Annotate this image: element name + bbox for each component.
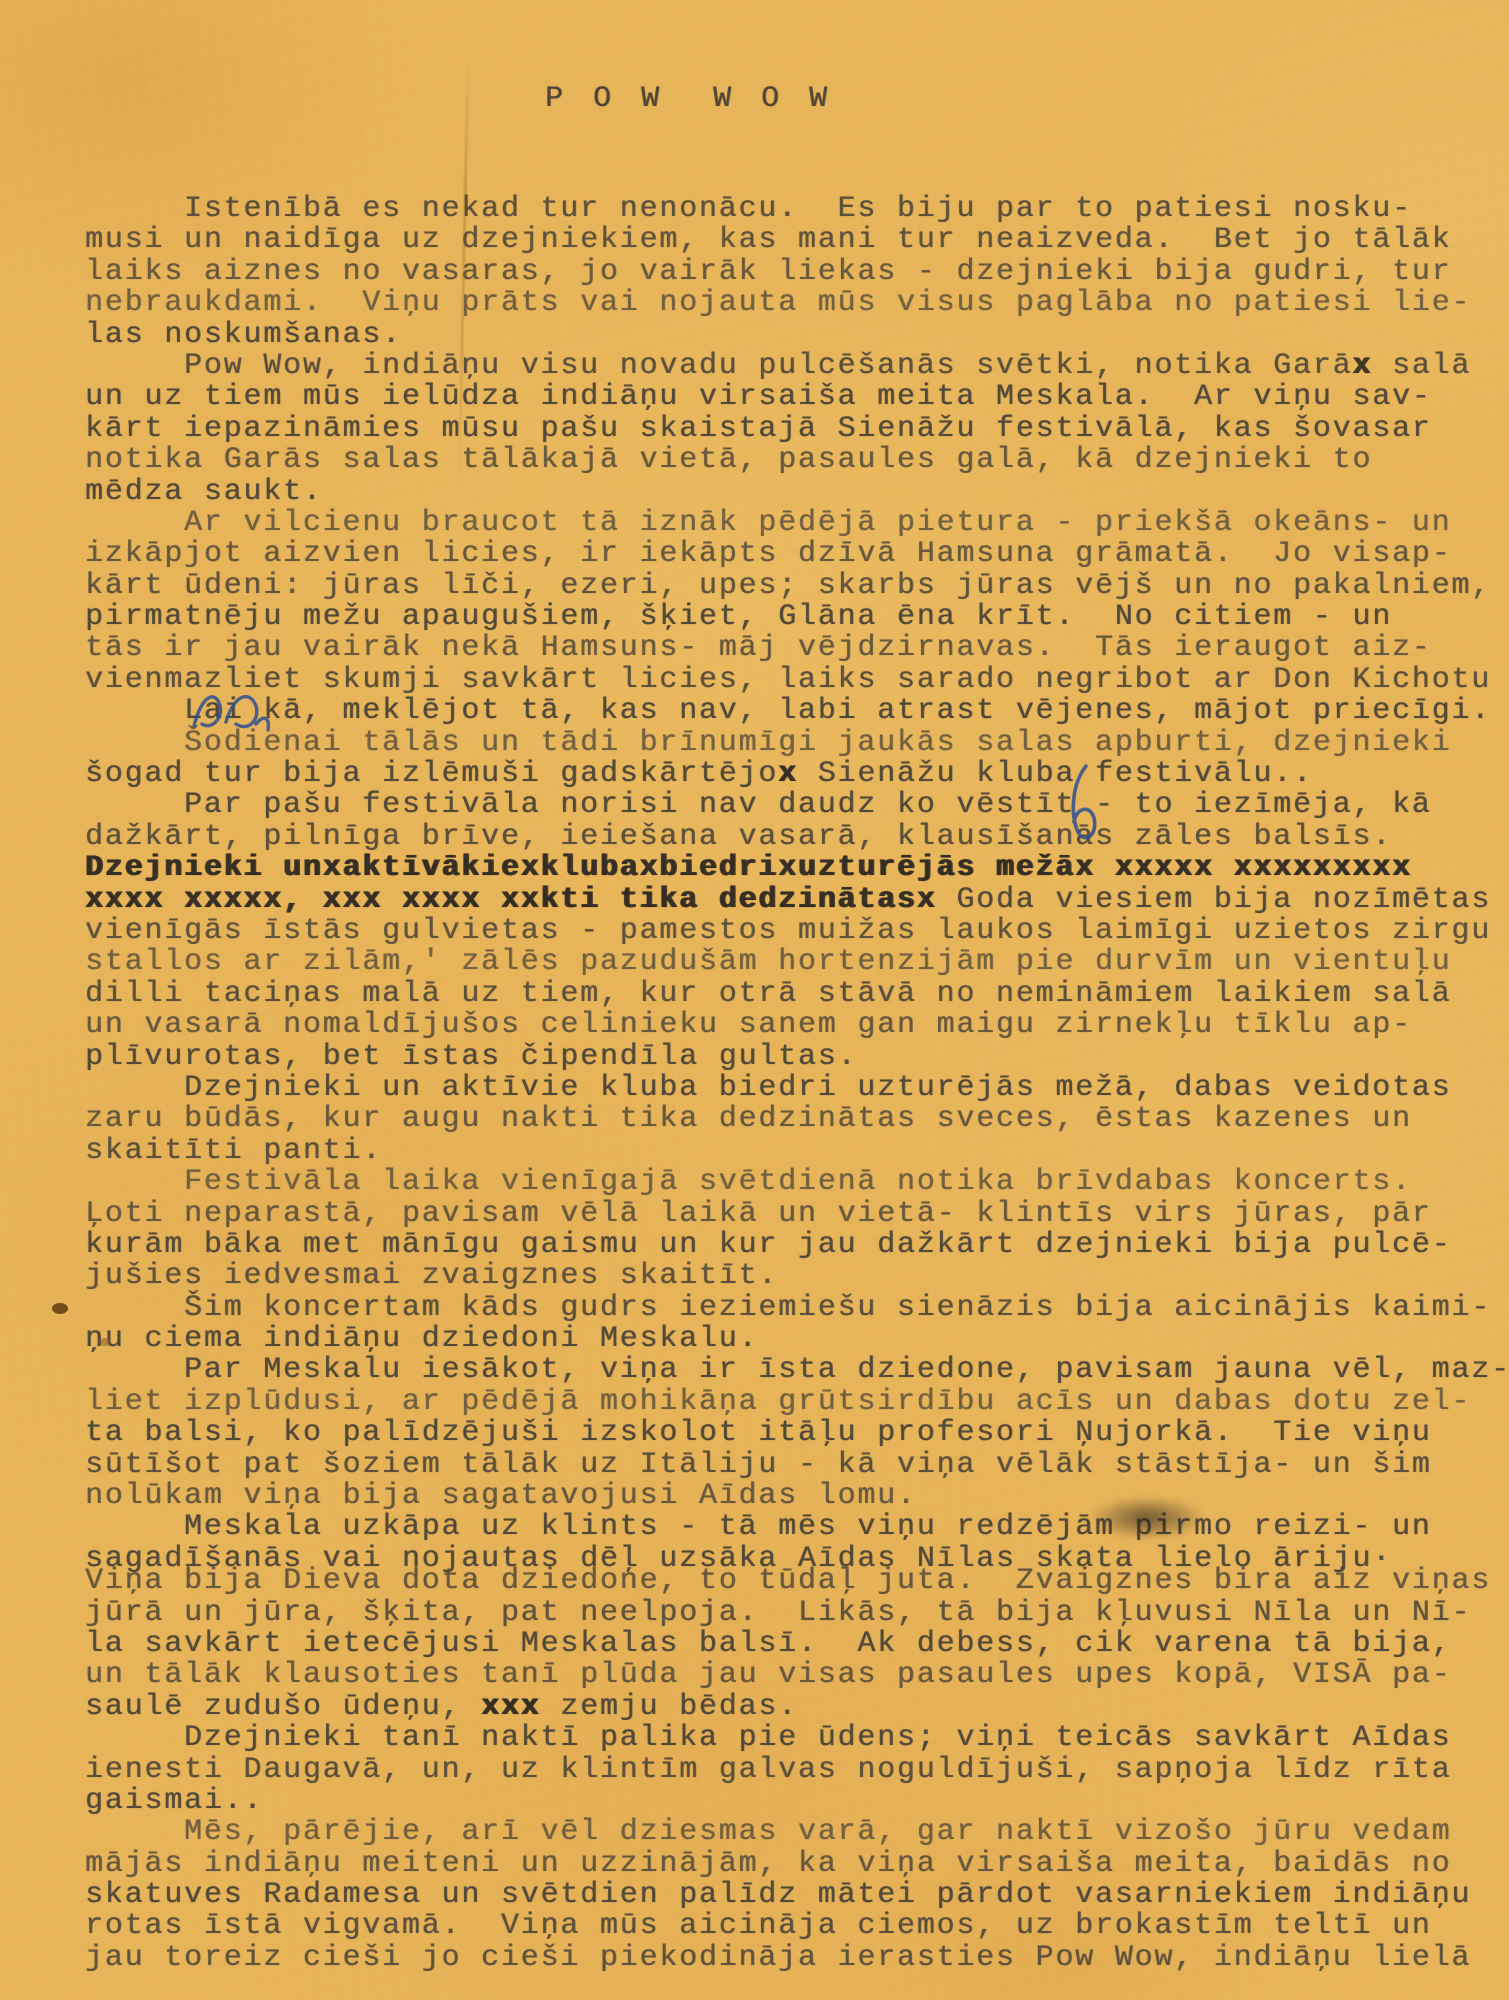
typed-text: skaitīti panti. — [85, 1134, 382, 1168]
typed-text: dažkārt, pilnīga brīve, ieiešana vasarā,… — [85, 820, 1392, 854]
text-line: xxxx xxxxx, xxx xxxx xxkti tika dedzināt… — [85, 885, 1489, 916]
text-line: skatuves Radamesa un svētdien palīdz māt… — [85, 1880, 1489, 1911]
typed-text: stallos ar zilām,' zālēs pazudušām horte… — [85, 945, 1451, 979]
body-text: Istenībā es nekad tur nenonācu. Es biju … — [85, 194, 1489, 1974]
typed-text: Šodienai tālās un tādi brīnumīgi jaukās … — [184, 726, 1451, 760]
document-page: P O W W O W Istenībā es nekad tur nenonā… — [0, 0, 1509, 2000]
typed-text: musi un naidīga uz dzejniekiem, kas mani… — [85, 223, 1451, 257]
typed-text: Meskala uzkāpa uz klints - tā mēs viņu r… — [184, 1510, 1432, 1544]
text-line: vienmazliet skumji savkārt licies, laiks… — [85, 665, 1489, 696]
typed-text: jau toreiz cieši jo cieši piekodināja ie… — [85, 1941, 1471, 1975]
text-line: ienesti Daugavā, un, uz klintīm galvas n… — [85, 1755, 1489, 1786]
typed-text: Festivāla laika vienīgajā svētdienā noti… — [184, 1165, 1412, 1199]
text-line: sūtīšot pat šoziem tālāk uz Itāliju - kā… — [85, 1450, 1489, 1481]
text-line: la savkārt ietecējusi Meskalas balsī. Ak… — [85, 1629, 1489, 1660]
text-line: Par Meskalu iesākot, viņa ir īsta dziedo… — [85, 1355, 1489, 1386]
text-line: zaru būdās, kur augu nakti tika dedzināt… — [85, 1104, 1489, 1135]
text-line: kurām bāka met mānīgu gaismu un kur jau … — [85, 1230, 1489, 1261]
text-line: notika Garās salas tālākajā vietā, pasau… — [85, 445, 1489, 476]
typed-text: ienesti Daugavā, un, uz klintīm galvas n… — [85, 1753, 1451, 1787]
text-line: Dzejnieki unxaktīvākiexklubaxbiedrixuztu… — [85, 853, 1489, 884]
typed-text: nebraukdami. Viņu prāts vai nojauta mūs … — [85, 286, 1471, 320]
typed-text: jūrā un jūra, šķita, pat neelpoja. Likās… — [85, 1596, 1471, 1630]
typed-text: salā — [1372, 349, 1471, 383]
text-line: kārt ūdeni: jūras līči, ezeri, upes; ska… — [85, 571, 1489, 602]
text-line: plīvurotas, bet īstas čipendīla gultas. — [85, 1042, 1489, 1073]
typed-text: nolūkam viņa bija sagatavojusi Aīdas lom… — [85, 1479, 917, 1513]
text-line: jau toreiz cieši jo cieši piekodināja ie… — [85, 1943, 1489, 1974]
paper-speck-large — [52, 1303, 68, 1314]
text-line: Lai kā, meklējot tā, kas nav, labi atras… — [85, 696, 1489, 727]
text-line: Istenībā es nekad tur nenonācu. Es biju … — [85, 194, 1489, 225]
text-line: Meskala uzkāpa uz klints - tā mēs viņu r… — [85, 1512, 1489, 1543]
overstruck-text: x — [778, 757, 798, 791]
text-line: nolūkam viņa bija sagatavojusi Aīdas lom… — [85, 1481, 1489, 1512]
text-line: un uz tiem mūs ielūdza indiāņu virsaiša … — [85, 382, 1489, 413]
typed-text: Ar vilcienu braucot tā iznāk pēdējā piet… — [184, 506, 1451, 540]
text-line: pirmatnēju mežu apaugušiem, šķiet, Glāna… — [85, 602, 1489, 633]
text-line: Viņa bija Dieva dota dziedone, to tūdaļ … — [85, 1566, 1489, 1597]
typed-text: Sienāžu kluba festivālu.. — [798, 757, 1313, 791]
typed-text: izkāpjot aizvien licies, ir iekāpts dzīv… — [85, 537, 1451, 571]
text-line: izkāpjot aizvien licies, ir iekāpts dzīv… — [85, 539, 1489, 570]
overstruck-text: xxxx xxxxx, xxx xxxx xxkti tika dedzināt… — [85, 883, 937, 917]
typed-text: jušies iedvesmai zvaigznes skaitīt. — [85, 1259, 778, 1293]
typed-text: laiks aiznes no vasaras, jo vairāk lieka… — [85, 255, 1451, 289]
typed-text: Šim koncertam kāds gudrs ieziemiešu sien… — [184, 1291, 1491, 1325]
typed-text: zaru būdās, kur augu nakti tika dedzināt… — [85, 1102, 1412, 1136]
text-line: Pow Wow, indiāņu visu novadu pulcēšanās … — [85, 351, 1489, 382]
text-line: Šim koncertam kāds gudrs ieziemiešu sien… — [85, 1293, 1489, 1324]
typed-text: Viņa bija Dieva dota dziedone, to tūdaļ … — [85, 1564, 1491, 1598]
text-line: Ļoti neparastā, pavisam vēlā laikā un vi… — [85, 1199, 1489, 1230]
text-line: mājās indiāņu meiteni un uzzinājām, ka v… — [85, 1849, 1489, 1880]
text-line: un tālāk klausoties tanī plūda jau visas… — [85, 1660, 1489, 1691]
typed-text: Ļoti neparastā, pavisam vēlā laikā un vi… — [85, 1197, 1432, 1231]
typed-text: skatuves Radamesa un svētdien palīdz māt… — [85, 1878, 1471, 1912]
text-line: nebraukdami. Viņu prāts vai nojauta mūs … — [85, 288, 1489, 319]
text-line: jušies iedvesmai zvaigznes skaitīt. — [85, 1261, 1489, 1292]
text-line: Par pašu festivāla norisi nav daudz ko v… — [85, 790, 1489, 821]
typed-text: mājās indiāņu meiteni un uzzinājām, ka v… — [85, 1847, 1451, 1881]
typed-text: dilli taciņas malā uz tiem, kur otrā stā… — [85, 977, 1451, 1011]
typed-text: un vasarā nomaldījušos celinieku sanem g… — [85, 1008, 1412, 1042]
typed-text: kārt iepazināmies mūsu pašu skaistajā Si… — [85, 412, 1432, 446]
page-title: P O W W O W — [545, 82, 833, 116]
typed-text: las noskumšanas. — [85, 318, 402, 352]
text-line: las noskumšanas. — [85, 320, 1489, 351]
text-line: Dzejnieki tanī naktī palika pie ūdens; v… — [85, 1723, 1489, 1754]
typed-text: Pow Wow, indiāņu visu novadu pulcēšanās … — [184, 349, 1352, 383]
typed-text: Dzejnieki tanī naktī palika pie ūdens; v… — [184, 1721, 1451, 1755]
typed-text: vienmazliet skumji savkārt licies, laiks… — [85, 663, 1491, 697]
overstruck-text: xxx — [481, 1690, 540, 1724]
text-line: dilli taciņas malā uz tiem, kur otrā stā… — [85, 979, 1489, 1010]
typed-text: sūtīšot pat šoziem tālāk uz Itāliju - kā… — [85, 1448, 1432, 1482]
text-line: šogad tur bija izlēmuši gadskārtējox Sie… — [85, 759, 1489, 790]
typed-text: gaismai.. — [85, 1784, 263, 1818]
overstruck-text: x — [1352, 349, 1372, 383]
typed-text: tās ir jau vairāk nekā Hamsuns- māj vējd… — [85, 631, 1432, 665]
text-line: skaitīti panti. — [85, 1136, 1489, 1167]
typed-text: liet izplūdusi, ar pēdējā mohikāņa grūts… — [85, 1385, 1471, 1419]
typed-text: Par Meskalu iesākot, viņa ir īsta dziedo… — [184, 1353, 1509, 1387]
typed-text: ņu ciema indiāņu dziedoni Meskalu. — [85, 1322, 758, 1356]
typed-text: rotas īstā vigvamā. Viņa mūs aicināja ci… — [85, 1909, 1432, 1943]
typed-text: plīvurotas, bet īstas čipendīla gultas. — [85, 1040, 857, 1074]
text-line: Šodienai tālās un tādi brīnumīgi jaukās … — [85, 728, 1489, 759]
text-line: un vasarā nomaldījušos celinieku sanem g… — [85, 1010, 1489, 1041]
typed-text: Dzejnieki un aktīvie kluba biedri uzturē… — [184, 1071, 1451, 1105]
text-line: Ar vilcienu braucot tā iznāk pēdējā piet… — [85, 508, 1489, 539]
text-line: rotas īstā vigvamā. Viņa mūs aicināja ci… — [85, 1911, 1489, 1942]
text-line: tās ir jau vairāk nekā Hamsuns- māj vējd… — [85, 633, 1489, 664]
text-line: Dzejnieki un aktīvie kluba biedri uzturē… — [85, 1073, 1489, 1104]
typed-text: ta balsi, ko palīdzējuši izskolot itāļu … — [85, 1416, 1432, 1450]
typed-text: Par pašu festivāla norisi nav daudz ko v… — [184, 788, 1432, 822]
typed-text: kurām bāka met mānīgu gaismu un kur jau … — [85, 1228, 1451, 1262]
typed-text: Goda viesiem bija nozīmētas — [937, 883, 1491, 917]
typed-text: vienīgās īstās gulvietas - pamestos muiž… — [85, 914, 1491, 948]
text-line: saulē zudušo ūdeņu, xxx zemju bēdas. — [85, 1692, 1489, 1723]
typed-text: un uz tiem mūs ielūdza indiāņu virsaiša … — [85, 380, 1432, 414]
text-line: liet izplūdusi, ar pēdējā mohikāņa grūts… — [85, 1387, 1489, 1418]
text-line: jūrā un jūra, šķita, pat neelpoja. Likās… — [85, 1598, 1489, 1629]
overstruck-text: Dzejnieki unxaktīvākiexklubaxbiedrixuztu… — [85, 851, 1412, 885]
text-line: laiks aiznes no vasaras, jo vairāk lieka… — [85, 257, 1489, 288]
typed-text: un tālāk klausoties tanī plūda jau visas… — [85, 1658, 1451, 1692]
typed-text: kārt ūdeni: jūras līči, ezeri, upes; ska… — [85, 569, 1491, 603]
text-line: vienīgās īstās gulvietas - pamestos muiž… — [85, 916, 1489, 947]
text-line: gaismai.. — [85, 1786, 1489, 1817]
text-line: Mēs, pārējie, arī vēl dziesmas varā, gar… — [85, 1817, 1489, 1848]
text-line: kārt iepazināmies mūsu pašu skaistajā Si… — [85, 414, 1489, 445]
typed-text: šogad tur bija izlēmuši gadskārtējo — [85, 757, 778, 791]
text-line: dažkārt, pilnīga brīve, ieiešana vasarā,… — [85, 822, 1489, 853]
typed-text: pirmatnēju mežu apaugušiem, šķiet, Glāna… — [85, 600, 1392, 634]
typed-text: Istenībā es nekad tur nenonācu. Es biju … — [184, 192, 1412, 226]
text-line: ta balsi, ko palīdzējuši izskolot itāļu … — [85, 1418, 1489, 1449]
text-line: Festivāla laika vienīgajā svētdienā noti… — [85, 1167, 1489, 1198]
text-line: ņu ciema indiāņu dziedoni Meskalu. — [85, 1324, 1489, 1355]
typed-text: Mēs, pārējie, arī vēl dziesmas varā, gar… — [184, 1815, 1451, 1849]
typed-text: mēdza saukt. — [85, 475, 323, 509]
typed-text: saulē zudušo ūdeņu, — [85, 1690, 481, 1724]
typed-text: Lai kā, meklējot tā, kas nav, labi atras… — [184, 694, 1491, 728]
text-line: musi un naidīga uz dzejniekiem, kas mani… — [85, 225, 1489, 256]
text-line: stallos ar zilām,' zālēs pazudušām horte… — [85, 947, 1489, 978]
typed-text: la savkārt ietecējusi Meskalas balsī. Ak… — [85, 1627, 1451, 1661]
text-line: mēdza saukt. — [85, 477, 1489, 508]
typed-text: zemju bēdas. — [540, 1690, 797, 1724]
typed-text: notika Garās salas tālākajā vietā, pasau… — [85, 443, 1372, 477]
